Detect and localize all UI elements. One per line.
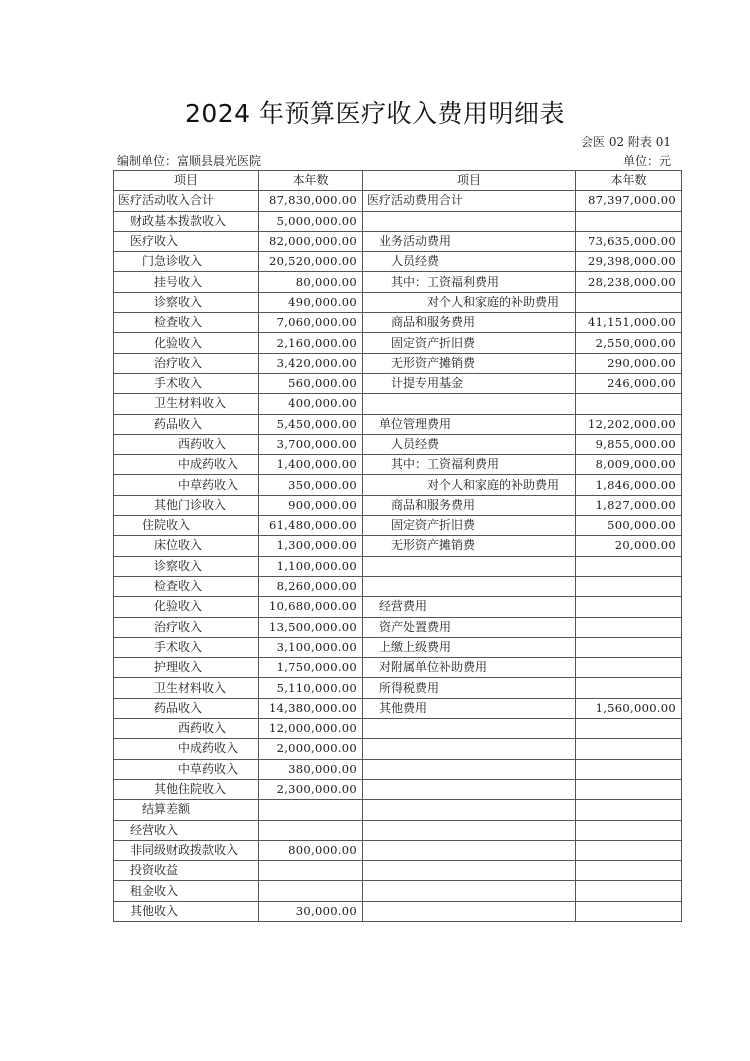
expense-amount-cell	[576, 556, 682, 576]
table-row: 治疗收入3,420,000.00无形资产摊销费290,000.00	[114, 353, 682, 373]
expense-item-cell	[363, 556, 576, 576]
income-amount-cell: 10,680,000.00	[259, 597, 363, 617]
table-row: 西药收入12,000,000.00	[114, 719, 682, 739]
expense-item-cell	[363, 901, 576, 921]
expense-amount-cell: 2,550,000.00	[576, 333, 682, 353]
expense-amount-cell	[576, 881, 682, 901]
income-amount-cell: 490,000.00	[259, 292, 363, 312]
income-amount-cell	[259, 861, 363, 881]
expense-item-cell: 其中：工资福利费用	[363, 272, 576, 292]
income-amount-cell: 3,700,000.00	[259, 434, 363, 454]
table-row: 投资收益	[114, 861, 682, 881]
income-item-cell: 经营收入	[114, 820, 259, 840]
income-item-cell: 医疗收入	[114, 231, 259, 251]
expense-item-cell: 无形资产摊销费	[363, 536, 576, 556]
table-row: 治疗收入13,500,000.00资产处置费用	[114, 617, 682, 637]
expense-amount-cell: 29,398,000.00	[576, 252, 682, 272]
table-row: 租金收入	[114, 881, 682, 901]
income-amount-cell	[259, 881, 363, 901]
expense-amount-cell	[576, 840, 682, 860]
expense-amount-cell: 1,827,000.00	[576, 495, 682, 515]
expense-item-cell: 对个人和家庭的补助费用	[363, 292, 576, 312]
form-code: 会医 02 附表 01	[581, 133, 671, 150]
expense-amount-cell	[576, 800, 682, 820]
table-row: 经营收入	[114, 820, 682, 840]
table-row: 药品收入5,450,000.00单位管理费用12,202,000.00	[114, 414, 682, 434]
income-item-cell: 中草药收入	[114, 759, 259, 779]
expense-item-cell: 对个人和家庭的补助费用	[363, 475, 576, 495]
expense-amount-cell	[576, 739, 682, 759]
table-row: 挂号收入80,000.00其中：工资福利费用28,238,000.00	[114, 272, 682, 292]
expense-amount-cell: 28,238,000.00	[576, 272, 682, 292]
currency-unit-label: 单位：元	[623, 152, 671, 169]
expense-amount-cell: 20,000.00	[576, 536, 682, 556]
income-item-cell: 中成药收入	[114, 455, 259, 475]
income-amount-cell: 30,000.00	[259, 901, 363, 921]
table-row: 非同级财政拨款收入800,000.00	[114, 840, 682, 860]
income-item-cell: 药品收入	[114, 698, 259, 718]
expense-amount-cell: 9,855,000.00	[576, 434, 682, 454]
expense-item-cell	[363, 759, 576, 779]
expense-item-cell	[363, 800, 576, 820]
expense-item-cell	[363, 840, 576, 860]
expense-item-cell: 医疗活动费用合计	[363, 191, 576, 211]
income-item-cell: 医疗活动收入合计	[114, 191, 259, 211]
income-amount-cell: 560,000.00	[259, 373, 363, 393]
expense-amount-cell	[576, 576, 682, 596]
table-row: 化验收入10,680,000.00经营费用	[114, 597, 682, 617]
table-header-row: 项目 本年数 项目 本年数	[114, 171, 682, 191]
expense-amount-cell	[576, 597, 682, 617]
expense-item-cell	[363, 211, 576, 231]
income-item-cell: 检查收入	[114, 313, 259, 333]
income-item-cell: 西药收入	[114, 719, 259, 739]
table-row: 中草药收入380,000.00	[114, 759, 682, 779]
expense-item-cell: 商品和服务费用	[363, 495, 576, 515]
income-amount-cell: 7,060,000.00	[259, 313, 363, 333]
income-item-cell: 其他住院收入	[114, 779, 259, 799]
income-item-cell: 治疗收入	[114, 353, 259, 373]
expense-amount-cell	[576, 861, 682, 881]
income-item-cell: 手术收入	[114, 637, 259, 657]
income-amount-cell: 3,420,000.00	[259, 353, 363, 373]
income-amount-cell	[259, 800, 363, 820]
income-amount-cell: 5,450,000.00	[259, 414, 363, 434]
table-row: 手术收入3,100,000.00上缴上级费用	[114, 637, 682, 657]
expense-item-cell: 所得税费用	[363, 678, 576, 698]
expense-amount-cell	[576, 820, 682, 840]
table-row: 其他住院收入2,300,000.00	[114, 779, 682, 799]
expense-item-cell: 其中：工资福利费用	[363, 455, 576, 475]
expense-amount-cell	[576, 394, 682, 414]
income-amount-cell: 400,000.00	[259, 394, 363, 414]
expense-item-cell	[363, 394, 576, 414]
expense-item-cell	[363, 820, 576, 840]
income-amount-cell: 2,000,000.00	[259, 739, 363, 759]
table-row: 财政基本拨款收入5,000,000.00	[114, 211, 682, 231]
income-item-cell: 治疗收入	[114, 617, 259, 637]
income-amount-cell: 900,000.00	[259, 495, 363, 515]
expense-item-cell: 固定资产折旧费	[363, 333, 576, 353]
expense-item-cell	[363, 861, 576, 881]
expense-item-cell: 其他费用	[363, 698, 576, 718]
expense-amount-cell	[576, 678, 682, 698]
table-row: 医疗收入82,000,000.00业务活动费用73,635,000.00	[114, 231, 682, 251]
income-amount-cell: 12,000,000.00	[259, 719, 363, 739]
income-item-cell: 其他收入	[114, 901, 259, 921]
expense-amount-cell: 246,000.00	[576, 373, 682, 393]
table-row: 门急诊收入20,520,000.00人员经费29,398,000.00	[114, 252, 682, 272]
table-row: 卫生材料收入400,000.00	[114, 394, 682, 414]
income-amount-cell: 1,750,000.00	[259, 658, 363, 678]
income-item-cell: 床位收入	[114, 536, 259, 556]
table-row: 西药收入3,700,000.00人员经费9,855,000.00	[114, 434, 682, 454]
page-title: 2024 年预算医疗收入费用明细表	[0, 94, 750, 130]
income-amount-cell: 13,500,000.00	[259, 617, 363, 637]
budget-detail-table: 项目 本年数 项目 本年数 医疗活动收入合计87,830,000.00医疗活动费…	[113, 170, 682, 922]
col-header-income-item: 项目	[114, 171, 259, 191]
expense-amount-cell	[576, 658, 682, 678]
table-row: 其他门诊收入900,000.00商品和服务费用1,827,000.00	[114, 495, 682, 515]
income-item-cell: 卫生材料收入	[114, 394, 259, 414]
income-item-cell: 挂号收入	[114, 272, 259, 292]
income-amount-cell: 800,000.00	[259, 840, 363, 860]
expense-item-cell: 对附属单位补助费用	[363, 658, 576, 678]
expense-amount-cell	[576, 617, 682, 637]
table-row: 检查收入8,260,000.00	[114, 576, 682, 596]
expense-amount-cell: 73,635,000.00	[576, 231, 682, 251]
income-item-cell: 手术收入	[114, 373, 259, 393]
expense-amount-cell	[576, 779, 682, 799]
table-row: 其他收入30,000.00	[114, 901, 682, 921]
income-amount-cell: 8,260,000.00	[259, 576, 363, 596]
table-row: 住院收入61,480,000.00固定资产折旧费500,000.00	[114, 516, 682, 536]
table-row: 化验收入2,160,000.00固定资产折旧费2,550,000.00	[114, 333, 682, 353]
expense-item-cell: 单位管理费用	[363, 414, 576, 434]
income-amount-cell: 2,160,000.00	[259, 333, 363, 353]
expense-item-cell: 上缴上级费用	[363, 637, 576, 657]
expense-item-cell	[363, 739, 576, 759]
income-amount-cell: 80,000.00	[259, 272, 363, 292]
income-item-cell: 化验收入	[114, 597, 259, 617]
table-row: 医疗活动收入合计87,830,000.00医疗活动费用合计87,397,000.…	[114, 191, 682, 211]
expense-amount-cell	[576, 211, 682, 231]
income-amount-cell: 61,480,000.00	[259, 516, 363, 536]
table-row: 药品收入14,380,000.00其他费用1,560,000.00	[114, 698, 682, 718]
col-header-expense-item: 项目	[363, 171, 576, 191]
income-item-cell: 检查收入	[114, 576, 259, 596]
expense-item-cell: 无形资产摊销费	[363, 353, 576, 373]
expense-amount-cell: 87,397,000.00	[576, 191, 682, 211]
col-header-income-amount: 本年数	[259, 171, 363, 191]
col-header-expense-amount: 本年数	[576, 171, 682, 191]
expense-amount-cell	[576, 901, 682, 921]
table-row: 中成药收入1,400,000.00其中：工资福利费用8,009,000.00	[114, 455, 682, 475]
expense-item-cell: 商品和服务费用	[363, 313, 576, 333]
income-amount-cell: 82,000,000.00	[259, 231, 363, 251]
expense-amount-cell	[576, 292, 682, 312]
income-item-cell: 财政基本拨款收入	[114, 211, 259, 231]
income-amount-cell: 1,300,000.00	[259, 536, 363, 556]
income-amount-cell: 14,380,000.00	[259, 698, 363, 718]
expense-amount-cell: 1,846,000.00	[576, 475, 682, 495]
table-row: 护理收入1,750,000.00对附属单位补助费用	[114, 658, 682, 678]
expense-amount-cell	[576, 719, 682, 739]
expense-amount-cell: 1,560,000.00	[576, 698, 682, 718]
expense-item-cell: 人员经费	[363, 434, 576, 454]
expense-item-cell: 经营费用	[363, 597, 576, 617]
income-item-cell: 中草药收入	[114, 475, 259, 495]
expense-amount-cell: 8,009,000.00	[576, 455, 682, 475]
income-amount-cell: 3,100,000.00	[259, 637, 363, 657]
income-item-cell: 住院收入	[114, 516, 259, 536]
table-row: 诊察收入490,000.00对个人和家庭的补助费用	[114, 292, 682, 312]
income-item-cell: 诊察收入	[114, 556, 259, 576]
income-amount-cell: 1,400,000.00	[259, 455, 363, 475]
income-item-cell: 药品收入	[114, 414, 259, 434]
expense-item-cell: 固定资产折旧费	[363, 516, 576, 536]
expense-amount-cell: 12,202,000.00	[576, 414, 682, 434]
income-item-cell: 卫生材料收入	[114, 678, 259, 698]
income-amount-cell: 1,100,000.00	[259, 556, 363, 576]
table-row: 结算差额	[114, 800, 682, 820]
income-item-cell: 结算差额	[114, 800, 259, 820]
table-row: 中成药收入2,000,000.00	[114, 739, 682, 759]
table-row: 卫生材料收入5,110,000.00所得税费用	[114, 678, 682, 698]
income-item-cell: 中成药收入	[114, 739, 259, 759]
expense-item-cell: 计提专用基金	[363, 373, 576, 393]
income-amount-cell: 5,000,000.00	[259, 211, 363, 231]
table-row: 手术收入560,000.00计提专用基金246,000.00	[114, 373, 682, 393]
expense-item-cell	[363, 881, 576, 901]
income-amount-cell: 87,830,000.00	[259, 191, 363, 211]
table-row: 中草药收入350,000.00对个人和家庭的补助费用1,846,000.00	[114, 475, 682, 495]
income-item-cell: 门急诊收入	[114, 252, 259, 272]
income-item-cell: 护理收入	[114, 658, 259, 678]
expense-item-cell: 资产处置费用	[363, 617, 576, 637]
income-item-cell: 西药收入	[114, 434, 259, 454]
income-item-cell: 投资收益	[114, 861, 259, 881]
expense-item-cell	[363, 779, 576, 799]
table-row: 诊察收入1,100,000.00	[114, 556, 682, 576]
expense-amount-cell: 41,151,000.00	[576, 313, 682, 333]
expense-item-cell	[363, 576, 576, 596]
income-item-cell: 非同级财政拨款收入	[114, 840, 259, 860]
income-amount-cell: 20,520,000.00	[259, 252, 363, 272]
income-item-cell: 其他门诊收入	[114, 495, 259, 515]
income-item-cell: 化验收入	[114, 333, 259, 353]
expense-amount-cell	[576, 637, 682, 657]
table-row: 床位收入1,300,000.00无形资产摊销费20,000.00	[114, 536, 682, 556]
expense-amount-cell	[576, 759, 682, 779]
prepared-by-label: 编制单位：富顺县晨光医院	[117, 152, 261, 169]
expense-amount-cell: 290,000.00	[576, 353, 682, 373]
expense-item-cell	[363, 719, 576, 739]
table-row: 检查收入7,060,000.00商品和服务费用41,151,000.00	[114, 313, 682, 333]
income-amount-cell: 5,110,000.00	[259, 678, 363, 698]
income-item-cell: 诊察收入	[114, 292, 259, 312]
income-item-cell: 租金收入	[114, 881, 259, 901]
income-amount-cell: 350,000.00	[259, 475, 363, 495]
income-amount-cell: 380,000.00	[259, 759, 363, 779]
income-amount-cell: 2,300,000.00	[259, 779, 363, 799]
income-amount-cell	[259, 820, 363, 840]
expense-amount-cell: 500,000.00	[576, 516, 682, 536]
expense-item-cell: 人员经费	[363, 252, 576, 272]
expense-item-cell: 业务活动费用	[363, 231, 576, 251]
